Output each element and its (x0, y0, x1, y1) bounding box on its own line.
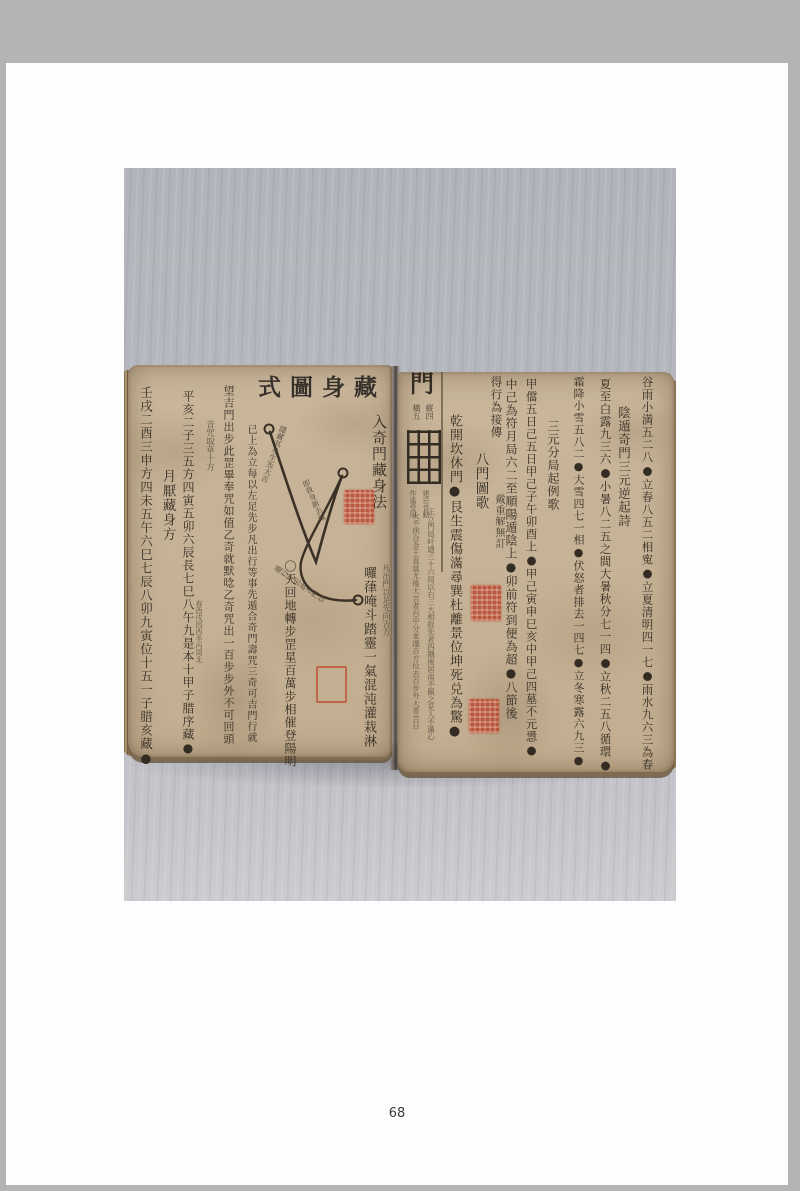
manuscript-column: 平亥二子三五方四寅五卯六辰長七巳八午九是本十甲子腊序藏● (182, 390, 194, 760)
manuscript-column: 甲儅五日己五日甲己子午卯酉上●甲己寅申巳亥中甲己四墓不元㥯● (525, 378, 537, 768)
red-seal (471, 585, 501, 621)
manuscript-column: 望吉門出步此罡畢奉咒如值乙奇就默唸乙奇咒出一百步步外不可回頭 (223, 385, 234, 759)
manuscript-annotation: 正立門局叶逎三十六局以右三大相捉先者四隅後居南不佩之見人不滿心 (427, 508, 435, 770)
manuscript-column: 得行為接傳 (490, 376, 502, 461)
manuscript-photo: 式圖身藏 入奇門藏身法 凡出門以足先向吉方 囉葎唵斗踏靈一氣混沌灌栽淋 〇天回地… (124, 168, 676, 901)
column-heading: 月厭藏身方 (160, 469, 174, 564)
manuscript-annotation: 火不拱合金土直當尤後大吉者百中分並遁吉方位去百步外大青吉日 (412, 512, 420, 768)
red-seal-outline (316, 666, 347, 703)
manuscript-column: 谷雨小満五二八●立春八五二相寃●立夏清明四一七●雨水九六三為春 (641, 376, 653, 768)
column-heading: 八門圖歌 (473, 452, 487, 530)
page-number: 68 (6, 1106, 788, 1121)
column-heading: 三元分局起例歌 (547, 420, 559, 550)
manuscript-column: 入奇門藏身法 (371, 414, 386, 564)
manuscript-small-note: 音咒取草十方 (205, 420, 214, 515)
red-seal (344, 490, 374, 524)
manuscript-column: 霜降小雪五八二●大雪四七一相●伏怒者排去一四七●立冬寒露六九三● (573, 376, 584, 768)
manuscript-small-note: 春酉戌因西冬丙周北 (195, 600, 202, 670)
manuscript-column: 壬戌二酉三申方四未五午六巳七辰八卯九寅位十五一子腊亥藏● (139, 386, 152, 760)
manuscript-column: 中己為符月局六二至順陽遁陰上●卯前符到便為超●八節後 (505, 378, 517, 708)
editor-name-column: 戴重解無訂 (493, 494, 503, 584)
gate-character: 門 (410, 372, 434, 396)
red-seal (469, 699, 499, 733)
manuscript-column: 夏至白露九三六●小暑八二五之間大暑秋分七一四●立秋二五八循環● (599, 378, 611, 768)
hand-drawn-grid (407, 430, 441, 484)
book-sheet: 式圖身藏 入奇門藏身法 凡出門以足先向吉方 囉葎唵斗踏靈一氣混沌灌栽淋 〇天回地… (6, 63, 788, 1185)
grid-small-note: 作遙受用 (409, 490, 416, 532)
column-rule (441, 372, 443, 572)
column-heading: 陰遁奇門三元逆起詩 (617, 406, 630, 571)
screenshot-root: { "page": { "number": "68" }, "colors": … (0, 0, 800, 1191)
manuscript-column: 乾開坎休門●艮生震傷滿尋巽杜離景位坤死兑為驚● (448, 414, 461, 766)
grid-small-note: 建忌音動 (422, 490, 429, 532)
